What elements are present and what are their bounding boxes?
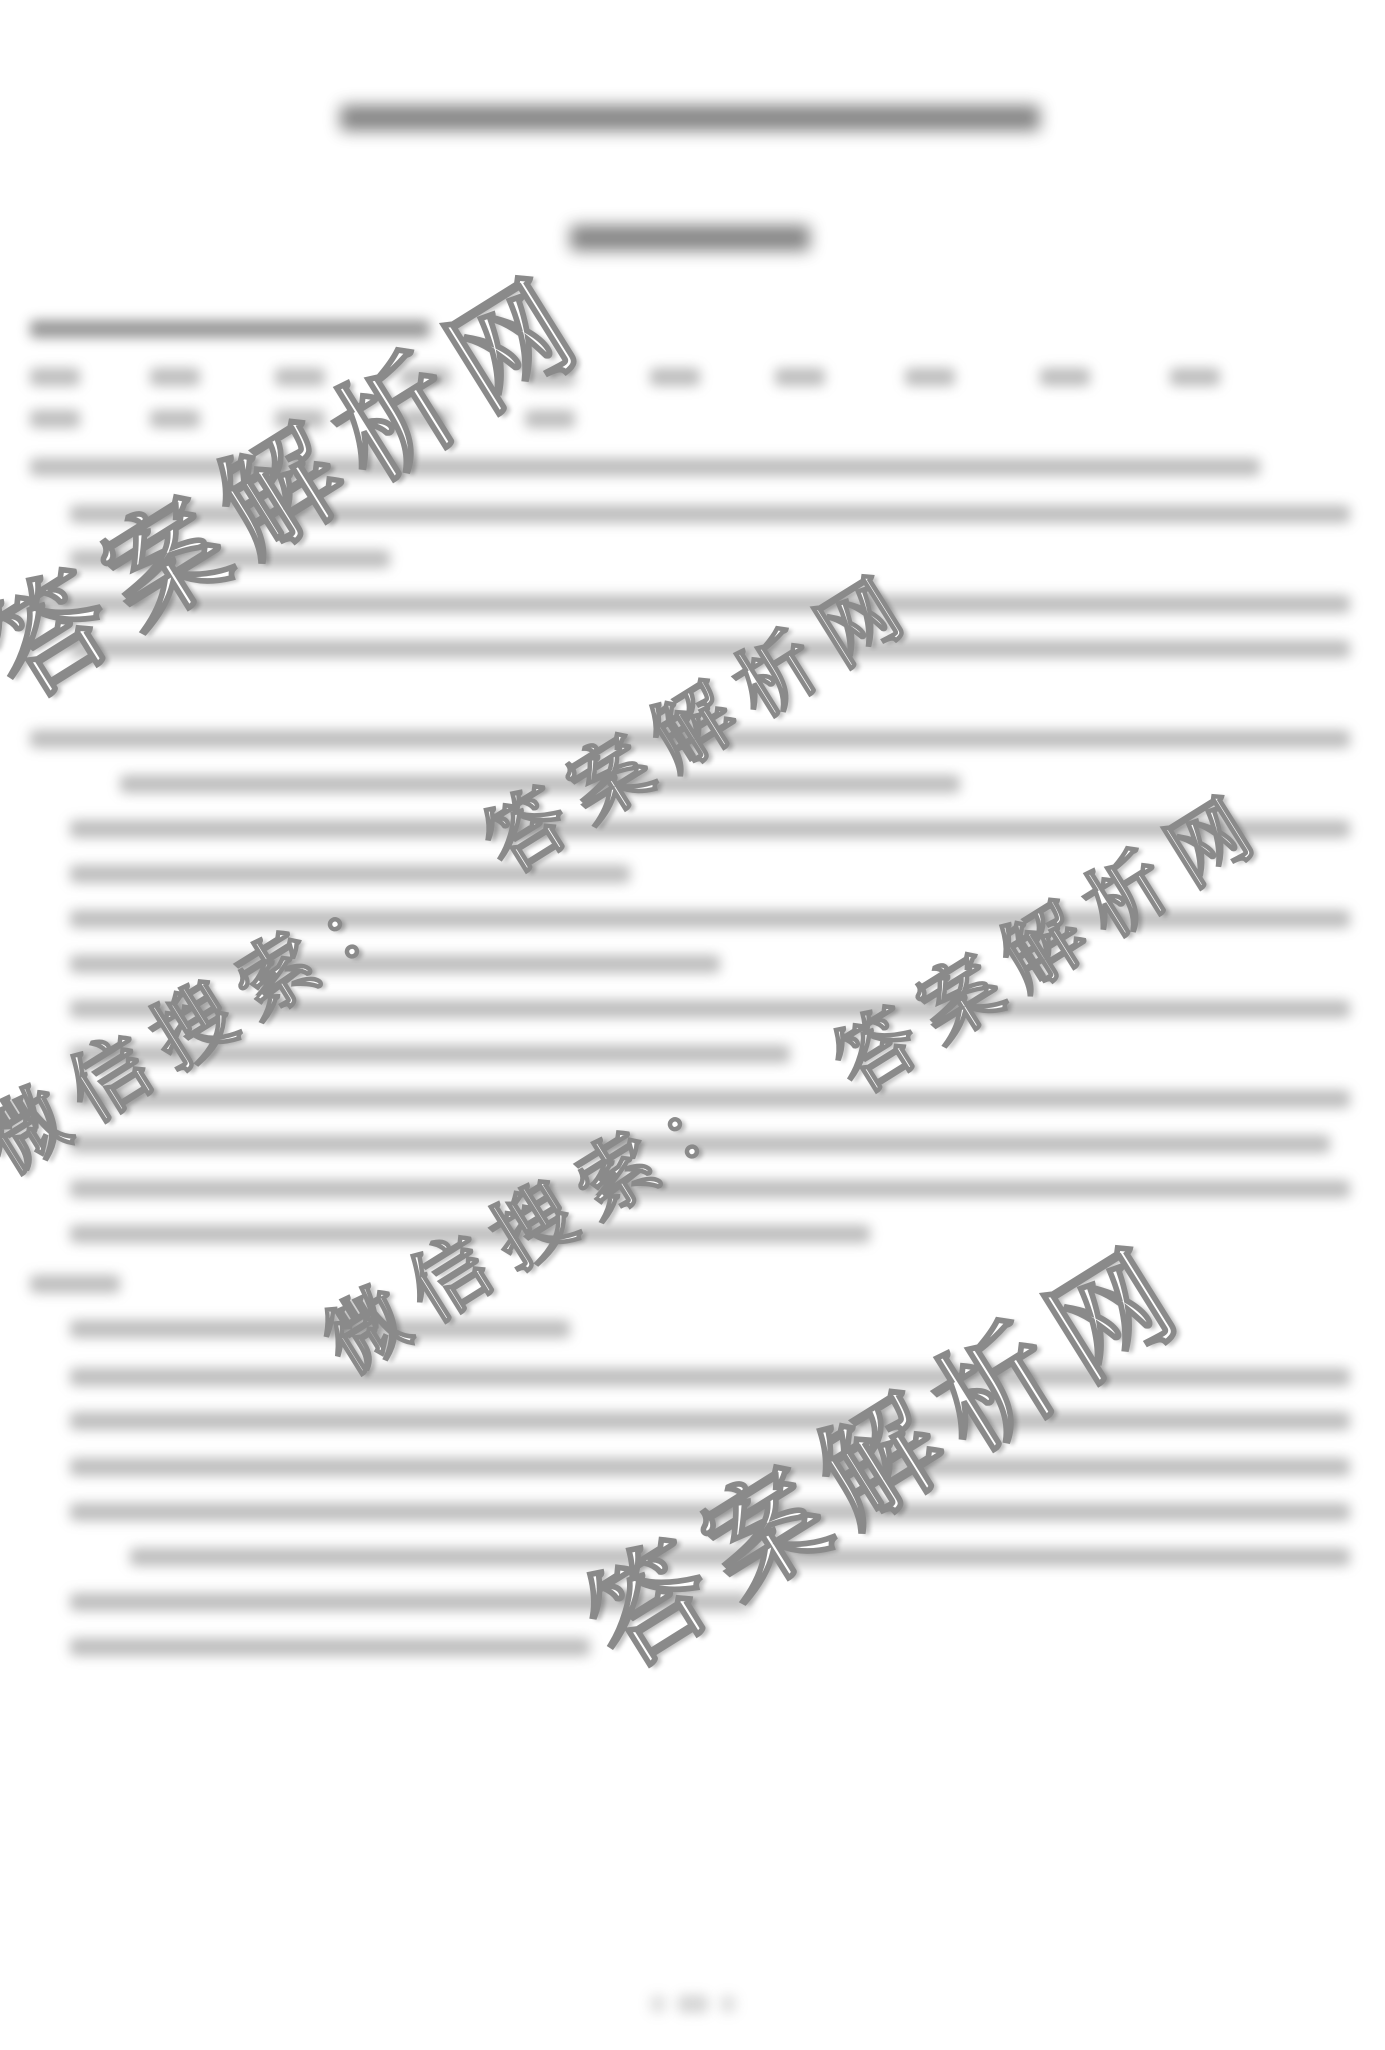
watermark-site: 答案解析网: [550, 1195, 1217, 1700]
blurred-text-line: [275, 368, 325, 386]
blurred-text-line: [70, 955, 720, 973]
blurred-text-line: [30, 410, 80, 428]
blurred-text-line: [30, 368, 80, 386]
blurred-heading: [340, 105, 1040, 131]
blurred-text-line: [70, 505, 1350, 523]
blurred-text-line: [70, 1638, 590, 1656]
blurred-text-line: [130, 1548, 1350, 1566]
watermark-site: 答案解析网: [459, 538, 935, 895]
blurred-text-line: [70, 910, 1350, 928]
blurred-text-line: [650, 368, 700, 386]
blurred-text-line: [400, 410, 450, 428]
blurred-text-line: [30, 730, 1350, 748]
blurred-text-line: [70, 1368, 1350, 1386]
blurred-text-line: [775, 368, 825, 386]
blurred-text-line: [70, 1458, 1350, 1476]
blurred-text-line: [120, 775, 960, 793]
blurred-text-line: [525, 368, 575, 386]
blurred-text-line: [70, 1593, 750, 1611]
blurred-text-line: [70, 865, 630, 883]
blurred-text-line: [70, 550, 390, 568]
blurred-text-line: [70, 820, 1350, 838]
blurred-text-line: [150, 410, 200, 428]
blurred-text-line: [70, 1503, 1350, 1521]
blurred-text-line: [70, 1180, 1350, 1198]
blurred-text-line: [1040, 368, 1090, 386]
blurred-text-line: [1170, 368, 1220, 386]
blurred-text-line: [525, 410, 575, 428]
blurred-text-line: [70, 640, 1350, 658]
watermark-site: 答案解析网: [809, 758, 1285, 1115]
blurred-text-line: [70, 1045, 790, 1063]
blurred-text-line: [30, 1275, 120, 1293]
blurred-text-line: [400, 368, 450, 386]
blurred-text-line: [30, 595, 1350, 613]
blurred-text-line: [150, 368, 200, 386]
blurred-text-line: [275, 410, 325, 428]
blurred-text-line: [30, 320, 430, 338]
blurred-text-line: [70, 1225, 870, 1243]
blurred-heading: [570, 225, 810, 251]
document-page: 答案解析网 答案解析网 答案解析网 答案解析网 微信搜索： 微信搜索：: [0, 0, 1385, 2050]
blurred-text-line: [30, 458, 1260, 476]
blurred-text-line: [70, 1000, 1350, 1018]
blurred-text-line: [70, 1412, 1350, 1430]
blurred-text-line: [70, 1320, 570, 1338]
page-footer: [0, 1995, 1385, 2015]
blurred-text-line: [70, 1090, 1350, 1108]
blurred-text-line: [905, 368, 955, 386]
blurred-text-line: [70, 1135, 1330, 1153]
